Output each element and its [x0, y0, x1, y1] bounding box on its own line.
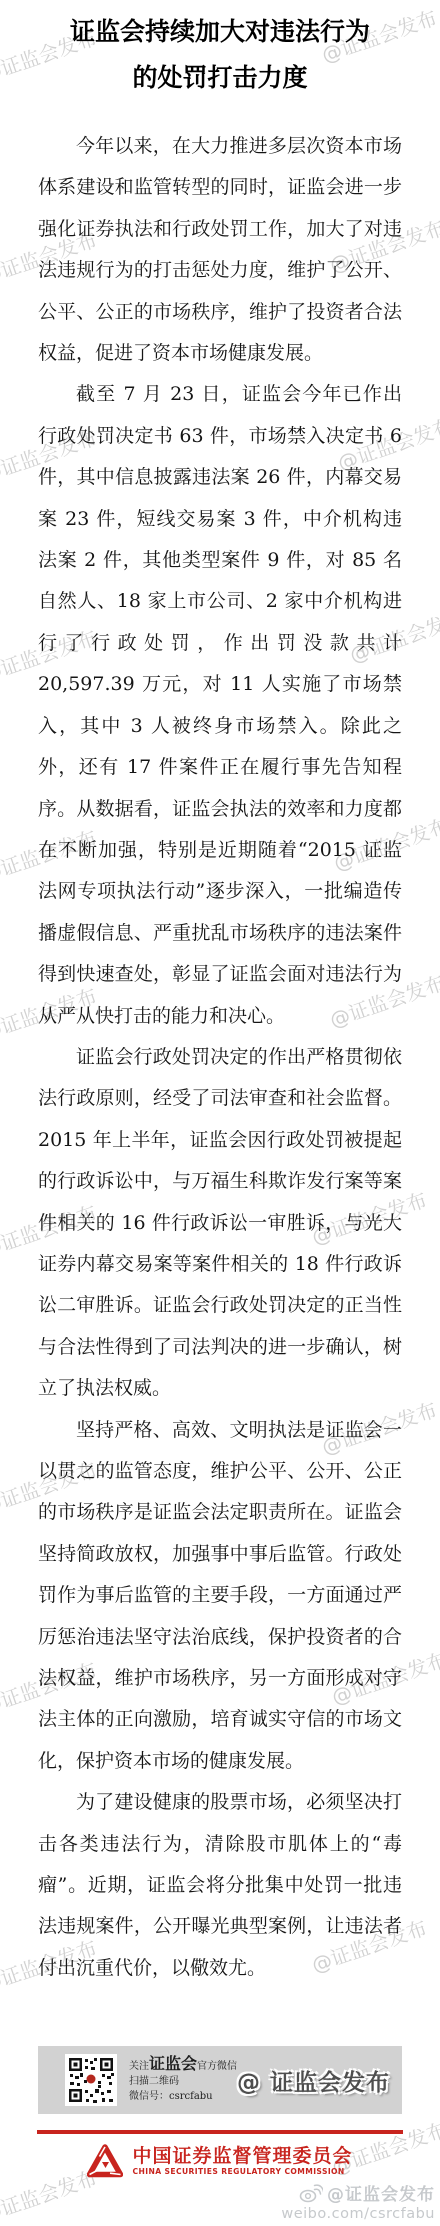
article-paragraph: 为了建设健康的股票市场，必须坚决打击各类违法行为，清除股市肌体上的“毒瘤”。近期… — [38, 1782, 402, 1989]
wechat-follow-band: 关注证监会官方微信 扫描二维码 微信号：csrcfabu @ 证监会发布 — [38, 2046, 402, 2114]
weibo-handle-badge: @ 证监会发布 — [237, 2064, 390, 2097]
wechat-info-text: 关注证监会官方微信 扫描二维码 微信号：csrcfabu — [129, 2056, 237, 2104]
weibo-icon — [299, 2183, 323, 2203]
article-paragraph: 截至 7 月 23 日，证监会今年已作出行政处罚决定书 63 件，市场禁入决定书… — [38, 374, 402, 1037]
weibo-watermark: @证监会发布 weibo.com/csrcfabu — [281, 2180, 435, 2223]
wechat-brand: 证监会 — [149, 2054, 197, 2073]
csrc-footer: 中国证券监督管理委员会 CHINA SECURITIES REGULATORY … — [0, 2144, 440, 2178]
page-title-line2: 的处罚打击力度 — [0, 55, 440, 101]
wechat-follow-line: 关注证监会官方微信 — [129, 2056, 237, 2074]
page-title: 证监会持续加大对违法行为 的处罚打击力度 — [0, 9, 440, 101]
article-paragraph: 今年以来，在大力推进多层次资本市场体系建设和监管转型的同时，证监会进一步强化证券… — [38, 126, 402, 374]
article-body: 今年以来，在大力推进多层次资本市场体系建设和监管转型的同时，证监会进一步强化证券… — [38, 126, 402, 1989]
csrc-name-cn: 中国证券监督管理委员会 — [132, 2145, 352, 2167]
article-paragraph: 坚持严格、高效、文明执法是证监会一以贯之的监管态度，维护公平、公开、公正的市场秩… — [38, 1410, 402, 1783]
csrc-names: 中国证券监督管理委员会 CHINA SECURITIES REGULATORY … — [132, 2145, 352, 2177]
red-divider — [37, 2130, 403, 2134]
csrc-name-en: CHINA SECURITIES REGULATORY COMMISSION — [132, 2167, 352, 2177]
wechat-scan-line: 扫描二维码 — [129, 2074, 237, 2089]
weibo-watermark-url: weibo.com/csrcfabu — [281, 2205, 435, 2223]
wechat-id-line: 微信号：csrcfabu — [129, 2089, 237, 2104]
csrc-logo-icon — [87, 2144, 123, 2178]
wechat-follow-suffix: 官方微信 — [197, 2061, 237, 2072]
article-paragraph: 证监会行政处罚决定的作出严格贯彻依法行政原则，经受了司法审查和社会监督。2015… — [38, 1037, 402, 1410]
page-title-line1: 证监会持续加大对违法行为 — [0, 9, 440, 55]
weibo-watermark-handle: @证监会发布 — [327, 2180, 435, 2205]
announcement-page: @证监会发布@证监会发布@证监会发布@证监会发布@证监会发布@证监会发布@证监会… — [0, 0, 440, 2226]
wechat-follow-prefix: 关注 — [129, 2061, 149, 2072]
weibo-watermark-row: @证监会发布 — [281, 2180, 435, 2205]
qr-code-image — [65, 2054, 117, 2106]
